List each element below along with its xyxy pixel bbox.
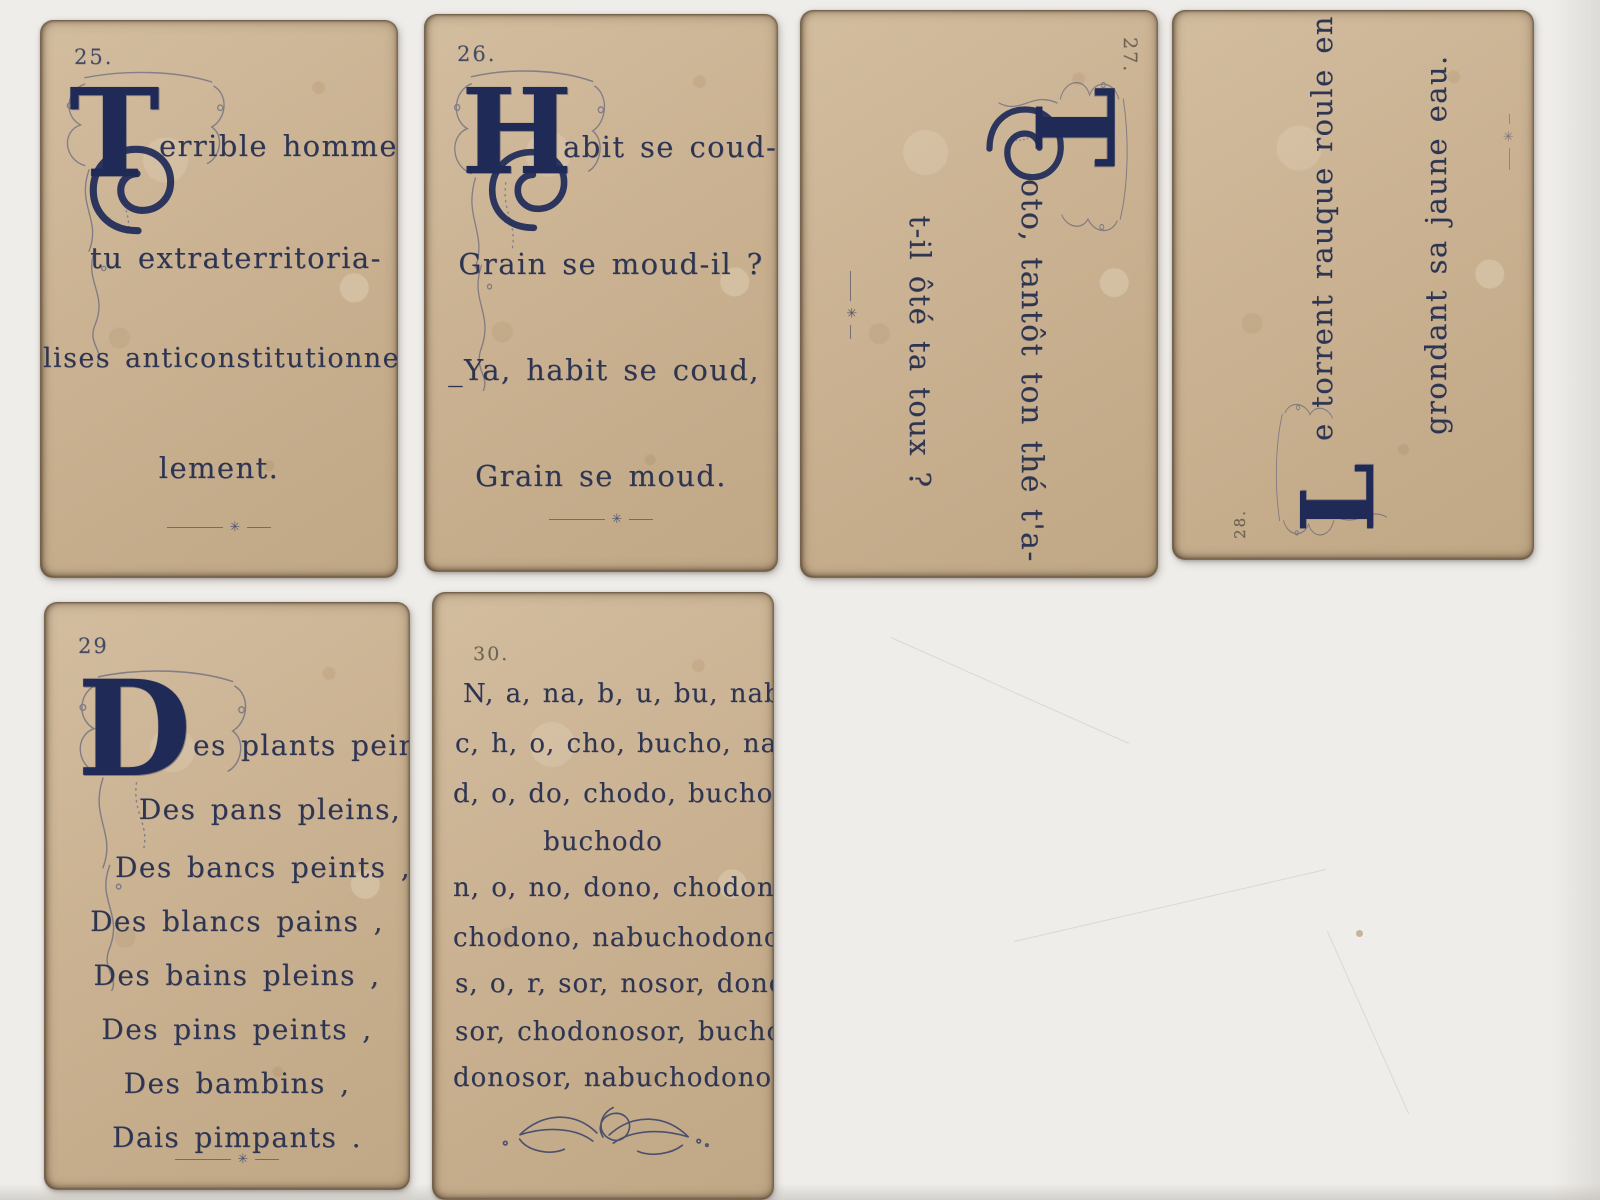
card-text-line: Des bambins , (69, 1067, 405, 1100)
initial-letter: L (1293, 463, 1383, 533)
card-text-line: Des pins peints , (69, 1013, 405, 1046)
card-text-line: s, o, r, sor, nosor, dono- (455, 969, 763, 999)
ornate-initial-D: D (65, 665, 255, 995)
divider-ornament: ✳ (101, 521, 337, 534)
card-text-line: buchodo (433, 827, 773, 857)
card-25: 25. T errible homme, tu extraterritoria-… (40, 20, 398, 578)
page-crease (1014, 869, 1326, 942)
page-crease (891, 637, 1129, 744)
card-text-line: Des bains pleins , (69, 959, 405, 992)
card-text-line: Des blancs pains , (69, 905, 405, 938)
divider-star-icon: ✳ (1503, 131, 1516, 142)
card-number: 30. (473, 643, 509, 665)
initial-letter: H (461, 79, 573, 185)
divider-ornament: ✳ (844, 249, 857, 361)
divider-ornament: ✳ (485, 513, 717, 526)
divider-star-icon: ✳ (612, 513, 623, 526)
page-stain-speck (1356, 930, 1363, 937)
card-text-line: errible homme, (159, 129, 393, 163)
divider-ornament: ✳ (1503, 97, 1516, 187)
card-text-line: sor, chodonosor, bucho- (455, 1017, 763, 1047)
card-text-line: Des pans pleins, (135, 793, 405, 826)
card-text-line: grondant sa jaune eau. (1419, 15, 1453, 435)
rotated-card-face: 27. T oto, tantôt ton thé t'a- t-il ôté … (801, 11, 1157, 577)
card-text-line: es plants peints, (193, 729, 407, 762)
card-text-line: Grain se moud-il ? (449, 247, 773, 281)
card-text-line: n, o, no, dono, chodono, bu- (453, 873, 763, 903)
card-29: 29 D es plants peints, Des pans pleins, … (44, 602, 410, 1190)
card-text-line: _Ya, habit se coud, (435, 353, 773, 387)
initial-letter: T (69, 79, 160, 189)
card-text-line: chodono, nabuchodono, (453, 923, 763, 953)
card-28: 28. L e torrent rauque roule en grondant… (1172, 10, 1534, 560)
page-crease (1327, 931, 1409, 1114)
scanned-page: { "page": { "background_color": "#efedea… (0, 0, 1600, 1200)
card-number: 28. (1231, 509, 1249, 539)
card-text-line: Dais pimpants . (69, 1121, 405, 1154)
divider-star-icon: ✳ (230, 521, 241, 534)
card-text-line: abit se coud-il ? (563, 130, 777, 164)
flourish-ornament-icon (489, 1097, 713, 1173)
card-text-line: lises anticonstitutionnel- (43, 343, 395, 374)
card-text-line: tu extraterritoria- (81, 241, 391, 275)
card-text-line: Grain se moud. (425, 459, 777, 493)
card-30: 30. N, a, na, b, u, bu, nabu, c, h, o, c… (432, 592, 774, 1200)
card-27: 27. T oto, tantôt ton thé t'a- t-il ôté … (800, 10, 1158, 578)
card-text-line: N, a, na, b, u, bu, nabu, (463, 679, 761, 709)
card-text-line: lement. (41, 451, 397, 485)
ornate-initial-T: T (53, 67, 233, 367)
card-text-line: e torrent rauque roule en (1305, 15, 1339, 441)
initial-letter: D (77, 671, 191, 790)
card-text-line: Des bancs peints , (115, 851, 405, 884)
card-text-line: t-il ôté ta toux ? (903, 161, 937, 543)
divider-star-icon: ✳ (238, 1153, 249, 1166)
card-number: 27. (1119, 37, 1141, 73)
rotated-card-face: 28. L e torrent rauque roule en grondant… (1173, 11, 1533, 559)
divider-ornament: ✳ (115, 1153, 339, 1166)
ornate-initial-H: H (441, 65, 613, 395)
card-text-line: c, h, o, cho, bucho, nabucho, (455, 729, 763, 759)
initial-letter: T (1024, 87, 1121, 167)
card-text-line: donosor, nabuchodonosor. (453, 1063, 763, 1093)
card-text-line: d, o, do, chodo, buchodo, na- (453, 779, 763, 809)
divider-star-icon: ✳ (844, 308, 857, 319)
card-26: 26. H abit se coud-il ? Grain se moud-il… (424, 14, 778, 572)
card-text-line: oto, tantôt ton thé t'a- (1014, 179, 1049, 571)
